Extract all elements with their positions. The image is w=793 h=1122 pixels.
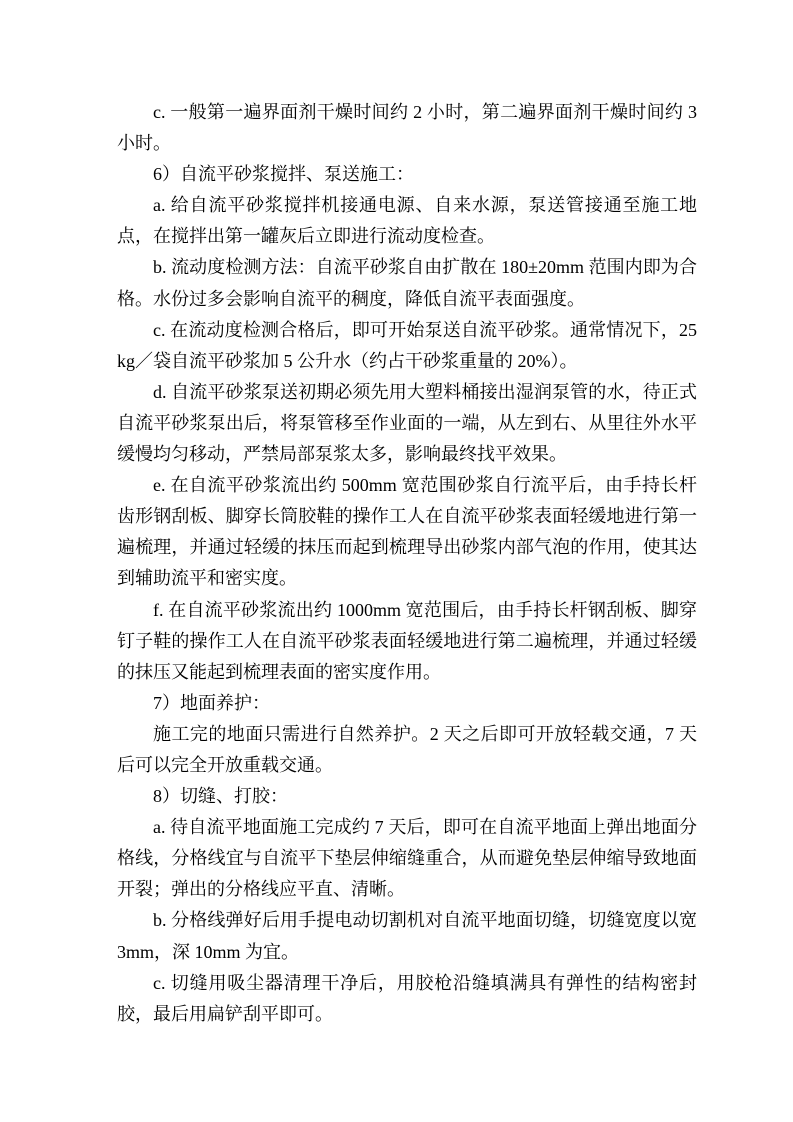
paragraph: 施工完的地面只需进行自然养护。2 天之后即可开放轻载交通，7 天后可以完全开放重… xyxy=(117,719,697,781)
paragraph: b. 流动度检测方法：自流平砂浆自由扩散在 180±20mm 范围内即为合格。水… xyxy=(117,252,697,314)
paragraph: 7）地面养护： xyxy=(117,688,697,719)
paragraph: 8）切缝、打胶： xyxy=(117,781,697,812)
document-page: c. 一般第一遍界面剂干燥时间约 2 小时，第二遍界面剂干燥时间约 3 小时。6… xyxy=(0,0,793,1122)
document-text-block: c. 一般第一遍界面剂干燥时间约 2 小时，第二遍界面剂干燥时间约 3 小时。6… xyxy=(117,97,697,1030)
paragraph: c. 一般第一遍界面剂干燥时间约 2 小时，第二遍界面剂干燥时间约 3 小时。 xyxy=(117,97,697,159)
paragraph: c. 在流动度检测合格后，即可开始泵送自流平砂浆。通常情况下，25kg／袋自流平… xyxy=(117,315,697,377)
paragraph: c. 切缝用吸尘器清理干净后，用胶枪沿缝填满具有弹性的结构密封胶，最后用扁铲刮平… xyxy=(117,968,697,1030)
paragraph: f. 在自流平砂浆流出约 1000mm 宽范围后，由手持长杆钢刮板、脚穿钉子鞋的… xyxy=(117,595,697,688)
paragraph: b. 分格线弹好后用手提电动切割机对自流平地面切缝，切缝宽度以宽 3mm，深 1… xyxy=(117,905,697,967)
paragraph: 6）自流平砂浆搅拌、泵送施工： xyxy=(117,159,697,190)
paragraph: a. 待自流平地面施工完成约 7 天后，即可在自流平地面上弹出地面分格线，分格线… xyxy=(117,812,697,905)
paragraph: a. 给自流平砂浆搅拌机接通电源、自来水源，泵送管接通至施工地点，在搅拌出第一罐… xyxy=(117,190,697,252)
paragraph: e. 在自流平砂浆流出约 500mm 宽范围砂浆自行流平后，由手持长杆齿形钢刮板… xyxy=(117,470,697,594)
paragraph: d. 自流平砂浆泵送初期必须先用大塑料桶接出湿润泵管的水，待正式自流平砂浆泵出后… xyxy=(117,377,697,470)
